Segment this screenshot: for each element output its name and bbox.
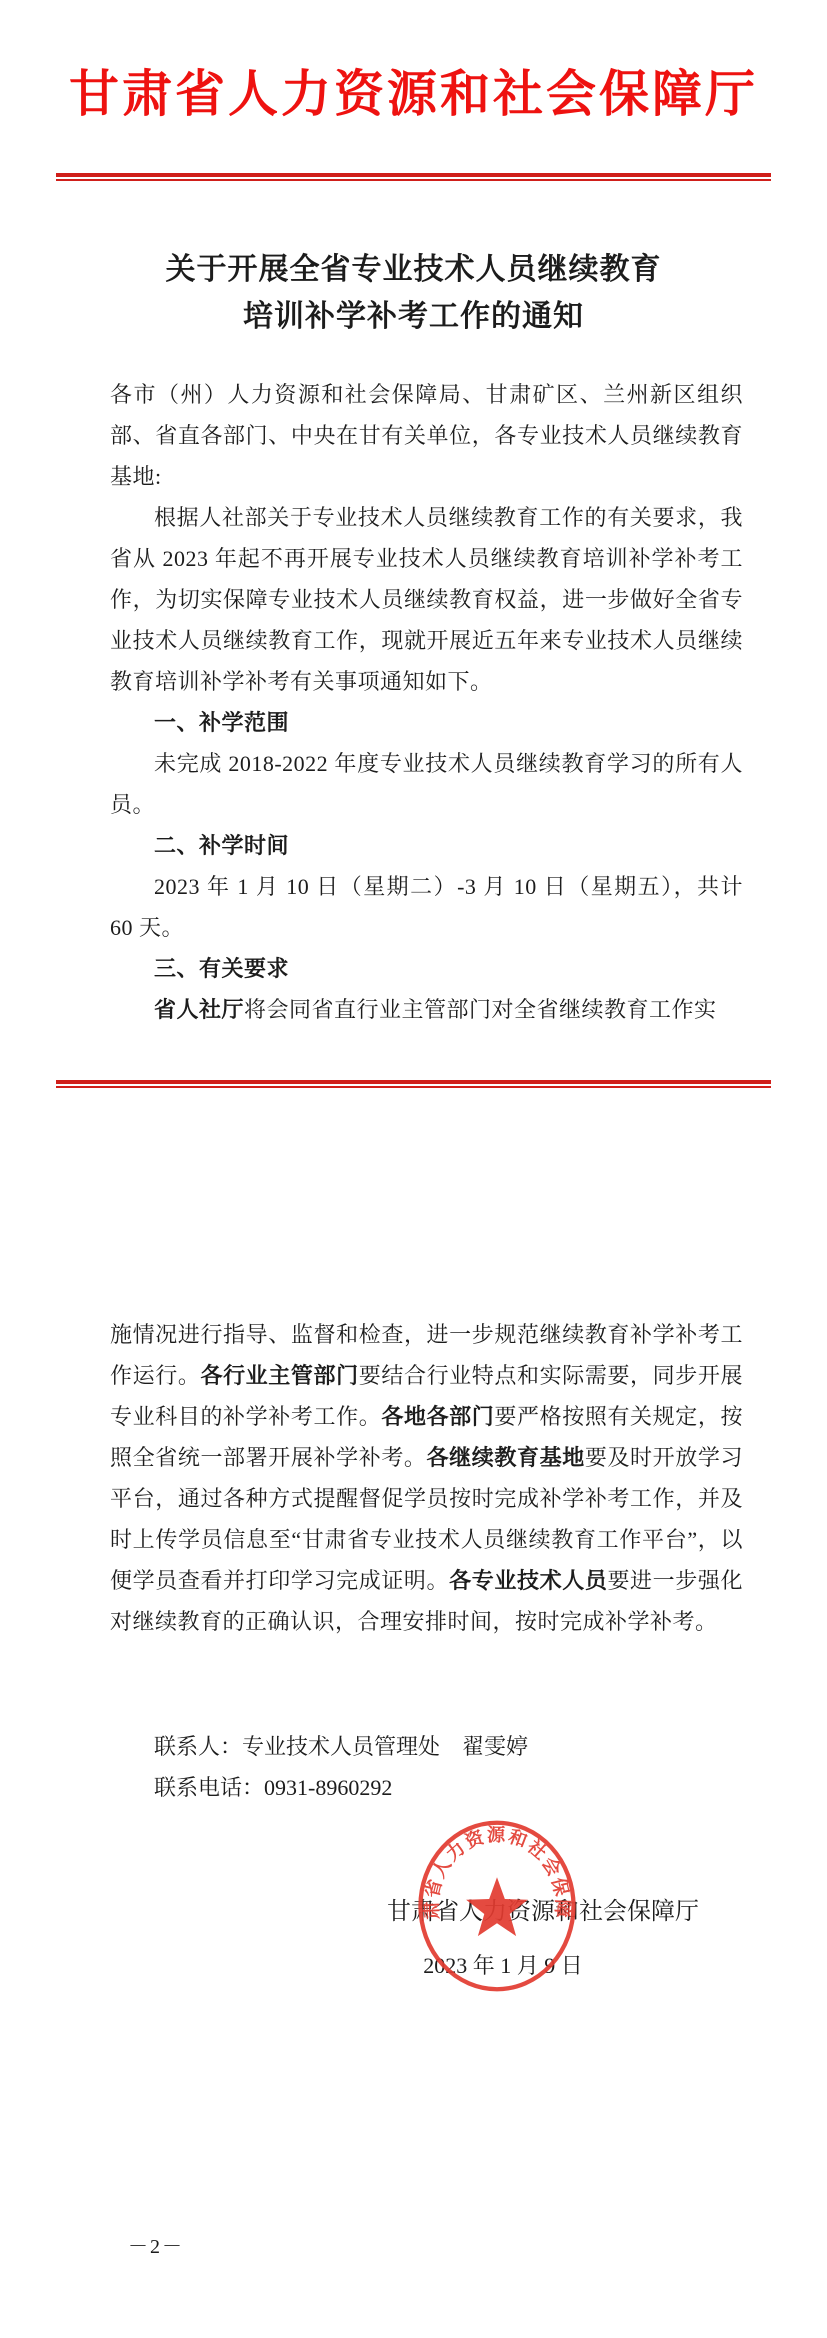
rule-thin-line [56,1086,771,1088]
intro-paragraph: 根据人社部关于专业技术人员继续教育工作的有关要求，我省从 2023 年起不再开展… [110,497,743,702]
page-number: －2－ [128,2230,184,2259]
document-title: 关于开展全省专业技术人员继续教育 培训补学补考工作的通知 [0,246,827,340]
contact-phone: 联系电话：0931-8960292 [110,1767,743,1808]
section1-body: 未完成 2018-2022 年度专业技术人员继续教育学习的所有人员。 [110,743,743,825]
section3-body-page2: 施情况进行指导、监督和检查，进一步规范继续教育补学补考工作运行。各行业主管部门要… [110,1314,743,1642]
bold-run-professional-staff: 各专业技术人员 [449,1568,607,1593]
page1-body: 各市（州）人力资源和社会保障局、甘肃矿区、兰州新区组织部、省直各部门、中央在甘有… [110,374,743,1030]
signature-date: 2023 年 1 月 9 日 [408,1945,598,1986]
bold-run-industry-depts: 各行业主管部门 [200,1363,358,1388]
document-title-line2: 培训补学补考工作的通知 [0,293,827,340]
contact-block: 联系人：专业技术人员管理处 翟雯婷 联系电话：0931-8960292 [110,1726,743,1808]
salutation: 各市（州）人力资源和社会保障局、甘肃矿区、兰州新区组织部、省直各部门、中央在甘有… [110,374,743,497]
document-page: 甘肃省人力资源和社会保障厅 关于开展全省专业技术人员继续教育 培训补学补考工作的… [0,0,827,2338]
section2-heading: 二、补学时间 [110,825,743,866]
signature-org: 甘肃省人力资源和社会保障厅 [378,1892,708,1933]
rule-thin-line [56,179,771,181]
section3-heading: 三、有关要求 [110,948,743,989]
contact-person: 联系人：专业技术人员管理处 翟雯婷 [110,1726,743,1767]
section3-body-page1: 省人社厅将会同省直行业主管部门对全省继续教育工作实 [110,989,743,1030]
section2-body: 2023 年 1 月 10 日（星期二）-3 月 10 日（星期五），共计 60… [110,866,743,948]
letterhead-double-rule [56,173,771,181]
bold-run-education-bases: 各继续教育基地 [427,1445,585,1470]
section1-heading: 一、补学范围 [110,702,743,743]
letterhead-org-name: 甘肃省人力资源和社会保障厅 [0,62,827,126]
page2-body: 施情况进行指导、监督和检查，进一步规范继续教育补学补考工作运行。各行业主管部门要… [110,1314,743,1642]
pagebreak-double-rule [56,1080,771,1088]
bold-run-renshiting: 省人社厅 [154,997,244,1022]
bold-run-all-local-depts: 各地各部门 [381,1404,494,1429]
document-title-line1: 关于开展全省专业技术人员继续教育 [0,246,827,293]
section3-page1-text: 将会同省直行业主管部门对全省继续教育工作实 [244,997,717,1022]
